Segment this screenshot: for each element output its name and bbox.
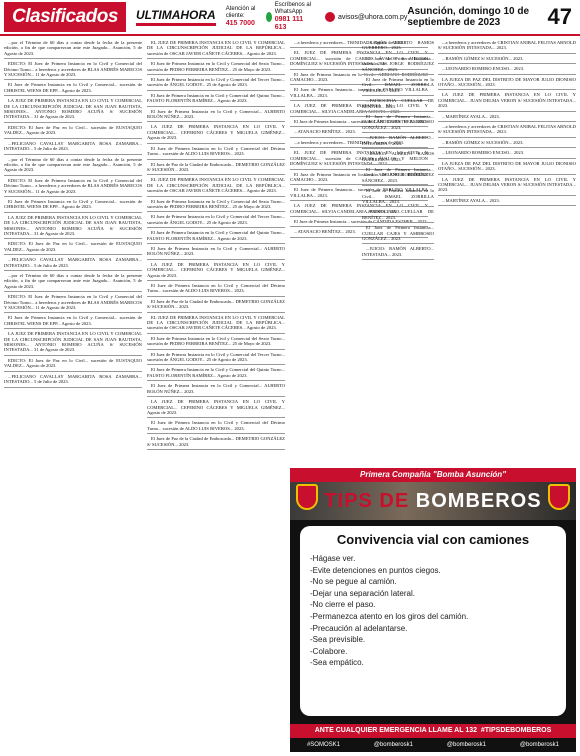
notice-divider <box>362 74 434 75</box>
classified-notice: El Juez de Paz de la Ciudad de Emboscada… <box>147 436 285 447</box>
classified-notice: ...MARTÍNEZ AYALA... 2023. <box>438 114 576 119</box>
notice-divider <box>147 349 285 350</box>
email-address: avisos@uhora.com.py <box>338 14 407 21</box>
notice-divider <box>147 259 285 260</box>
classified-notice: EL JUEZ DE PRIMERA INSTANCIA EN LO CIVIL… <box>147 177 285 193</box>
tip-item: -Sea empático. <box>310 657 556 669</box>
shield-logo-icon <box>548 484 570 510</box>
social-handle: @bomberosk1 <box>374 742 413 748</box>
whatsapp-number: 0981 111 613 <box>275 16 303 31</box>
notice-divider <box>4 175 142 176</box>
hero-text-1: TIPS DE <box>324 490 409 513</box>
notice-divider <box>362 259 434 260</box>
tip-item: -Colabore. <box>310 646 556 658</box>
notice-divider <box>4 154 142 155</box>
tip-item: -Sea previsible. <box>310 634 556 646</box>
emergency-banner: ANTE CUALQUIER EMERGENCIA LLAME AL 132 #… <box>290 724 576 738</box>
notice-divider <box>147 227 285 228</box>
classified-notice: El Juez de Paz de la Ciudad de Emboscada… <box>147 299 285 310</box>
classified-notice: El Juez de Primera Instancia en lo Civil… <box>147 109 285 120</box>
classified-notice: ...LEONARDO ROMERO ENCISO... 2023. <box>438 66 576 71</box>
emergency-line: ANTE CUALQUIER EMERGENCIA LLAME AL 132 <box>315 727 477 734</box>
notice-divider <box>4 387 142 388</box>
notice-divider <box>147 243 285 244</box>
notice-divider <box>362 164 434 165</box>
notice-divider <box>4 254 142 255</box>
classified-notice: LA JUEZA DE PAZ DEL DISTRITO DE MAYOR JU… <box>438 77 576 88</box>
classified-notice: ...JUICIO: RAMÓN ALBERTO... INTESTADA...… <box>362 135 434 146</box>
classified-notice: EDICTO: El Juez de Primera Instancia en … <box>4 178 142 194</box>
classified-notice: ...PATROCINIA CUELLAR DE BENÍTEZ... 2023… <box>362 98 434 109</box>
social-handle: @bomberosk1 <box>520 742 559 748</box>
classified-notice: ...por el Término de 60 días a contar de… <box>4 157 142 173</box>
classified-notice: ...RAMÓN GÓMEZ S/ SUCESIÓN... 2023. <box>438 56 576 61</box>
whatsapp-info: Escríbenos al WhatsApp 0981 111 613 <box>266 2 313 32</box>
classified-notice: El Juez de Primera Instancia... sucesión… <box>362 167 434 183</box>
contact-info: Atención al cliente: 415 7000 <box>226 6 256 28</box>
notice-divider <box>147 58 285 59</box>
hero-text-2: BOMBEROS <box>416 490 542 513</box>
notice-divider <box>147 380 285 381</box>
email-info: avisos@uhora.com.py <box>325 12 407 22</box>
notice-divider <box>147 121 285 122</box>
tips-card: Convivencia vial con camiones -Hágase ve… <box>300 526 566 716</box>
notice-divider <box>362 206 434 207</box>
notice-divider <box>362 222 434 223</box>
classified-notice: ...por el Término de 60 días a contar de… <box>4 40 142 56</box>
classified-notice: ...FELICIANO CAVALLAY MARGARITA ROSA ZAM… <box>4 257 142 268</box>
classified-notice: El Juez de Primera Instancia en lo Civil… <box>147 199 285 210</box>
classified-notice: El Juez de Primera Instancia en lo Civil… <box>147 420 285 431</box>
social-handle: @bomberosk1 <box>447 742 486 748</box>
notice-divider <box>438 89 576 90</box>
hashtag: #TIPSDEBOMBEROS <box>481 727 551 734</box>
notice-divider <box>438 137 576 138</box>
notice-divider <box>147 312 285 313</box>
notice-divider <box>147 364 285 365</box>
notice-divider <box>438 121 576 122</box>
classified-notice: ...a herederos y acreedores de CRISTIAN … <box>438 124 576 135</box>
notice-divider <box>362 185 434 186</box>
tips-list: -Hágase ver. -Evite detenciones en punto… <box>310 553 556 669</box>
notice-divider <box>147 417 285 418</box>
classified-notice: El Juez de Primera Instancia... sucesión… <box>362 56 434 72</box>
classified-notice: ...RAMÓN ALBERTO RAMOS GUERRERO... 2023. <box>362 40 434 51</box>
tip-item: -Dejar una separación lateral. <box>310 588 556 600</box>
tip-item: -Permanezca atento en los giros del cami… <box>310 611 556 623</box>
notice-divider <box>147 333 285 334</box>
tip-item: -No cierre el paso. <box>310 599 556 611</box>
notice-divider <box>147 196 285 197</box>
classified-notice: EDICTO: El Juez de Paz en lo Civil... su… <box>4 125 142 136</box>
classified-notice: El Juez de Primera Instancia... CUELLAR … <box>362 114 434 130</box>
notice-divider <box>147 433 285 434</box>
classified-notice: ...FELICIANO CAVALLAY MARGARITA ROSA ZAM… <box>4 141 142 152</box>
classified-notice: LA JUEZ DE PRIMERA INSTANCIA EN LO CIVIL… <box>147 124 285 140</box>
notice-divider <box>4 371 142 372</box>
notice-divider <box>4 58 142 59</box>
classified-notice: El Juez de Primera Instancia en lo Civil… <box>147 77 285 88</box>
section-title: Clasificados <box>4 2 126 32</box>
classified-notice: El Juez de Primera Instancia en lo Civil… <box>147 383 285 394</box>
notice-divider <box>362 111 434 112</box>
social-bar: #SOMOSK1 @bomberosk1 @bomberosk1 @bomber… <box>290 738 576 752</box>
notice-divider <box>147 74 285 75</box>
classified-notice: El Juez de Primera Instancia... CUELLAR … <box>362 225 434 241</box>
classified-notice: ...JUICIO: RAMÓN ALBERTO... INTESTADA...… <box>362 246 434 257</box>
whatsapp-label: Escríbenos al WhatsApp <box>275 2 313 16</box>
notice-divider <box>438 195 576 196</box>
classified-notice: LA JUEZ DE PRIMERA INSTANCIA EN LO CIVIL… <box>4 215 142 237</box>
notice-divider <box>362 132 434 133</box>
notice-divider <box>147 143 285 144</box>
classified-notice: El Juez de Primera Instancia en lo Civil… <box>147 367 285 378</box>
classified-notice: ...por el Término de 60 días a contar de… <box>4 273 142 289</box>
classified-notice: ...LEONARDO ROMERO ENCISO... 2023. <box>438 150 576 155</box>
notice-divider <box>4 355 142 356</box>
classified-notice: ...RAMÓN ALBERTO RAMOS GUERRERO... 2023. <box>362 151 434 162</box>
tips-title: Convivencia vial con camiones <box>310 532 556 547</box>
notice-divider <box>438 111 576 112</box>
column-2: EL JUEZ DE PRIMERA INSTANCIA EN LO CIVIL… <box>147 40 285 752</box>
classified-notice: El Juez de Primera Instancia en lo Civil… <box>362 77 434 93</box>
column-4-narrow: ...RAMÓN ALBERTO RAMOS GUERRERO... 2023.… <box>362 40 434 464</box>
notice-divider <box>438 174 576 175</box>
social-handle: #SOMOSK1 <box>307 742 340 748</box>
tip-item: -Precaución al adelantarse. <box>310 623 556 635</box>
notice-divider <box>438 205 576 206</box>
classified-notice: EL JUEZ DE PRIMERA INSTANCIA EN LO CIVIL… <box>147 40 285 56</box>
classified-notice: ...MARTÍNEZ AYALA... 2023. <box>438 198 576 203</box>
ad-top-banner: Primera Compañía "Bomba Asunción" <box>290 468 576 482</box>
classified-notice: El Juez de Primera Instancia en lo Civil… <box>147 352 285 363</box>
notice-divider <box>147 211 285 212</box>
notice-divider <box>147 106 285 107</box>
tip-item: -Evite detenciones en puntos ciegos. <box>310 565 556 577</box>
contact-label: Atención al cliente: <box>226 6 256 20</box>
classified-notice: LA JUEZA DE PAZ DEL DISTRITO DE MAYOR JU… <box>438 161 576 172</box>
page-header: Clasificados ULTIMAHORA Atención al clie… <box>0 0 580 36</box>
firefighters-ad: Primera Compañía "Bomba Asunción" TIPS D… <box>290 468 576 752</box>
notice-divider <box>147 90 285 91</box>
notice-divider <box>438 147 576 148</box>
classified-notice: LA JUEZ DE PRIMERA INSTANCIA EN LO CIVIL… <box>4 98 142 120</box>
tip-item: -Hágase ver. <box>310 553 556 565</box>
classified-notice: El Juez de Primera Instancia en lo Civil… <box>147 283 285 294</box>
classified-notice: EDICTO: El Juez de Paz en lo Civil... su… <box>4 241 142 252</box>
tip-item: -No se pegue al camión. <box>310 576 556 588</box>
classified-notice: El Juez de Primera Instancia en lo Civil… <box>147 336 285 347</box>
classified-notice: EL JUEZ DE PRIMERA INSTANCIA EN LO CIVIL… <box>147 315 285 331</box>
notice-divider <box>4 212 142 213</box>
classified-notice: El Juez de Primera Instancia en lo Civil… <box>4 315 142 326</box>
classified-notice: EDICTO: El Juez de Paz en lo Civil... su… <box>4 358 142 369</box>
notice-divider <box>4 291 142 292</box>
notice-divider <box>147 280 285 281</box>
classified-notice: El Juez de Primera Instancia en lo Civil… <box>362 188 434 204</box>
notice-divider <box>362 95 434 96</box>
notice-divider <box>147 396 285 397</box>
classified-notice: El Juez de Primera Instancia en lo Civil… <box>4 199 142 210</box>
notice-divider <box>362 243 434 244</box>
notice-divider <box>147 449 285 450</box>
column-5: ...a herederos y acreedores de CRISTIAN … <box>438 40 576 464</box>
notice-divider <box>4 312 142 313</box>
classified-notice: ...a herederos y acreedores de CRISTIAN … <box>438 40 576 51</box>
notice-divider <box>4 270 142 271</box>
notice-divider <box>438 63 576 64</box>
contact-phone: 415 7000 <box>226 20 255 27</box>
notice-divider <box>4 328 142 329</box>
ad-hero: TIPS DE BOMBEROS <box>290 482 576 520</box>
notice-divider <box>362 53 434 54</box>
classified-notice: El Juez de Primera Instancia en lo Civil… <box>147 214 285 225</box>
notice-divider <box>4 122 142 123</box>
classified-notice: ...FELICIANO CAVALLAY MARGARITA ROSA ZAM… <box>4 374 142 385</box>
classified-notice: LA JUEZ DE PRIMERA INSTANCIA EN LO CIVIL… <box>438 92 576 108</box>
classified-notice: LA JUEZ DE PRIMERA INSTANCIA EN LO CIVIL… <box>147 399 285 415</box>
classified-notice: LA JUEZ DE PRIMERA INSTANCIA EN LO CIVIL… <box>4 331 142 353</box>
classified-notice: EDICTO: El Juez de Primera Instancia en … <box>4 294 142 310</box>
classified-notice: ...PATROCINIA CUELLAR DE BENÍTEZ... 2023… <box>362 209 434 220</box>
issue-date: Asunción, domingo 10 de septiembre de 20… <box>407 6 537 28</box>
classified-notice: El Juez de Primera Instancia en lo Civil… <box>147 230 285 241</box>
classified-notice: El Juez de Primera Instancia en lo Civil… <box>147 61 285 72</box>
classified-notice: El Juez de Primera Instancia en lo Civil… <box>147 146 285 157</box>
notice-divider <box>147 296 285 297</box>
notice-divider <box>147 159 285 160</box>
notice-divider <box>4 138 142 139</box>
classified-notice: EDICTO: El Juez de Primera Instancia en … <box>4 61 142 77</box>
newspaper-logo: ULTIMAHORA <box>136 8 216 26</box>
classified-notice: LA JUEZ DE PRIMERA INSTANCIA EN LO CIVIL… <box>147 262 285 278</box>
notice-divider <box>4 196 142 197</box>
classified-notice: LA JUEZ DE PRIMERA INSTANCIA EN LO CIVIL… <box>438 177 576 193</box>
classified-notice: El Juez de Paz de la Ciudad de Emboscada… <box>147 162 285 173</box>
notice-divider <box>438 158 576 159</box>
page-number: 47 <box>548 4 572 30</box>
column-1: ...por el Término de 60 días a contar de… <box>4 40 142 752</box>
classified-notice: El Juez de Primera Instancia en lo Civil… <box>147 246 285 257</box>
whatsapp-icon <box>266 12 272 22</box>
notice-divider <box>147 174 285 175</box>
shield-logo-icon <box>296 484 318 510</box>
notice-divider <box>4 95 142 96</box>
notice-divider <box>438 74 576 75</box>
email-icon <box>325 12 335 22</box>
notice-divider <box>4 79 142 80</box>
classified-notice: El Juez de Primera Instancia en lo Civil… <box>4 82 142 93</box>
notice-divider <box>4 238 142 239</box>
notice-divider <box>438 53 576 54</box>
classified-notice: El Juez de Primera Instancia en lo Civil… <box>147 93 285 104</box>
classified-notice: ...RAMÓN GÓMEZ S/ SUCESIÓN... 2023. <box>438 140 576 145</box>
notice-divider <box>362 148 434 149</box>
